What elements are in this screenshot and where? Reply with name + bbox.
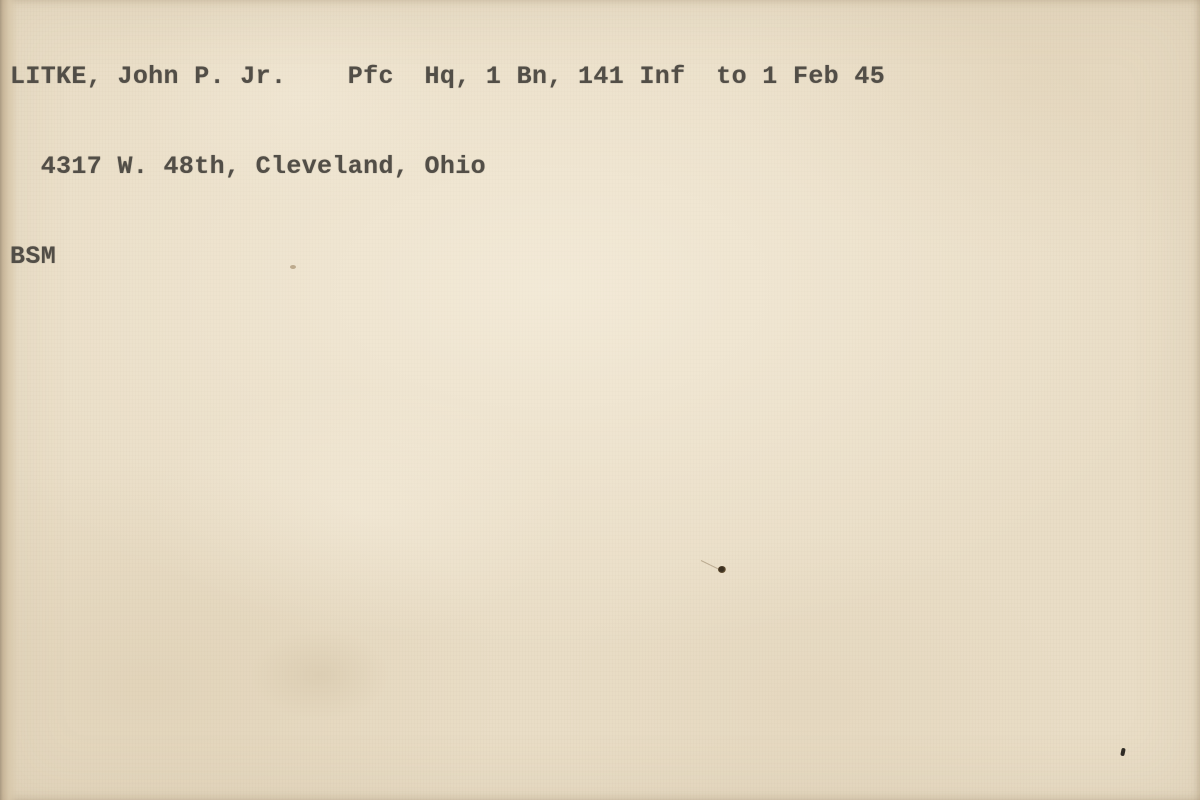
address-line: 4317 W. 48th, Cleveland, Ohio (10, 152, 885, 182)
paper-speck-faint (290, 265, 296, 269)
paper-speck-large (718, 566, 726, 573)
award-line: BSM (10, 242, 885, 272)
scanned-page: LITKE, John P. Jr. Pfc Hq, 1 Bn, 141 Inf… (0, 0, 1200, 800)
paper-smudge (250, 630, 390, 720)
index-card: LITKE, John P. Jr. Pfc Hq, 1 Bn, 141 Inf… (0, 0, 1200, 800)
typewritten-text-block: LITKE, John P. Jr. Pfc Hq, 1 Bn, 141 Inf… (10, 2, 885, 332)
paper-speck-small (1120, 748, 1126, 757)
name-rank-unit-line: LITKE, John P. Jr. Pfc Hq, 1 Bn, 141 Inf… (10, 62, 885, 92)
